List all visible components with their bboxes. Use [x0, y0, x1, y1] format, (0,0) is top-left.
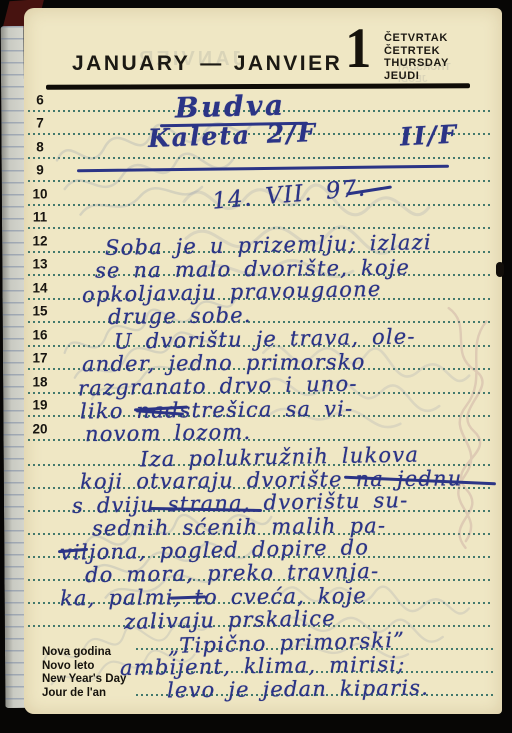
month-header: JANUARY—JANVIER	[72, 52, 342, 76]
day-name: THURSDAY	[384, 57, 449, 70]
diary-page: JANVIER THURSDAY JEUDI JANUARY—JANVIER 1…	[24, 8, 502, 714]
handwriting-line: levo je jedan kiparis.	[167, 676, 429, 703]
day-number: 1	[345, 20, 371, 77]
month-separator: —	[200, 52, 224, 75]
handwriting-line: U dvorištu je trava, ole-	[114, 324, 416, 353]
month-name-french: JANVIER	[234, 52, 343, 75]
holiday-name: Nova godina	[42, 646, 126, 660]
scanned-diary-page: JANVIER THURSDAY JEUDI JANUARY—JANVIER 1…	[0, 0, 512, 733]
handwriting-line: do mora, preko travnja-	[85, 559, 380, 587]
day-name: ČETVRTAK	[384, 32, 449, 45]
handwritten-entry: Budva Kaleta 2/F II/F 14. VII. 97. Soba …	[24, 8, 502, 714]
day-name: JEUDI	[384, 70, 449, 83]
handwriting-address: Kaleta 2/F	[148, 118, 318, 153]
handwriting-date: 14. VII. 97.	[211, 175, 367, 214]
underline-stroke	[77, 165, 449, 172]
holiday-name: Jour de l'an	[42, 687, 126, 701]
holiday-name: Novo leto	[42, 660, 126, 674]
holiday-name-list: Nova godina Novo leto New Year's Day Jou…	[42, 646, 126, 700]
holiday-name: New Year's Day	[42, 673, 126, 687]
handwriting-line: novom lozom.	[85, 420, 252, 446]
day-name: ČETRTEK	[384, 45, 449, 58]
month-name-english: JANUARY	[72, 52, 190, 75]
day-name-list: ČETVRTAK ČETRTEK THURSDAY JEUDI	[384, 32, 449, 82]
handwriting-address-right: II/F	[399, 119, 459, 151]
handwriting-line: druge sobe.	[108, 303, 252, 329]
